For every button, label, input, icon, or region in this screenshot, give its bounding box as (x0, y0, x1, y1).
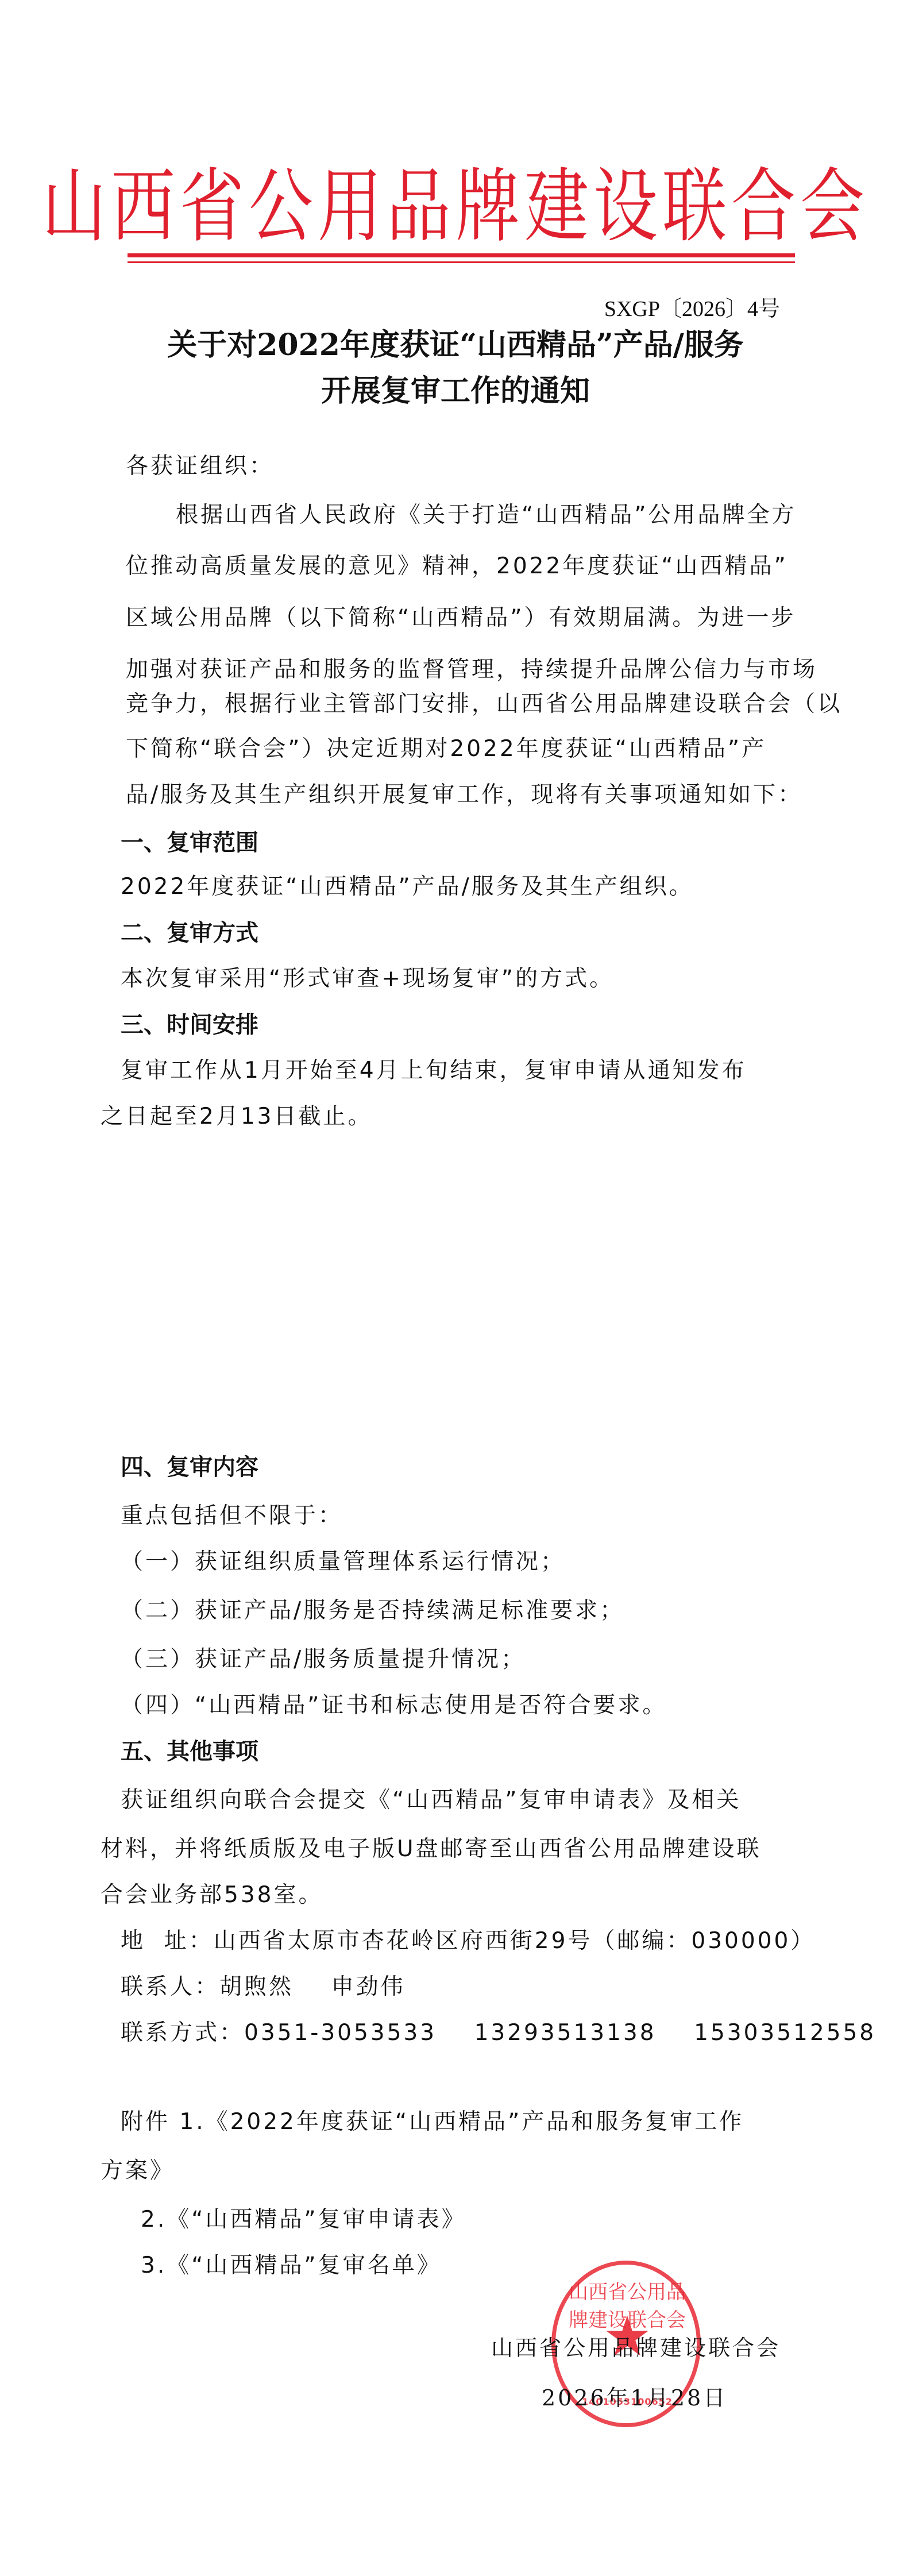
section-line: 获证组织向联合会提交《“山西精品”复审申请表》及相关 (121, 1787, 741, 1814)
attachment-3: 3.《“山西精品”复审名单》 (141, 2252, 442, 2280)
attachment-1-cont: 方案》 (101, 2157, 175, 2185)
persons-value: 胡煦然 申劲伟 (219, 1974, 406, 2000)
section-line: 重点包括但不限于： (121, 1502, 343, 1530)
signature-org: 山西省公用品牌建设联合会 (491, 2334, 781, 2362)
review-item: （四）“山西精品”证书和标志使用是否符合要求。 (121, 1692, 667, 1719)
review-item: （三）获证产品/服务质量提升情况； (121, 1646, 526, 1673)
phones-value: 0351-3053533 13293513138 15303512558 (244, 2020, 876, 2046)
letterhead-title: 山西省公用品牌建设联合会 (0, 164, 911, 250)
phones-label: 联系方式： (121, 2020, 244, 2046)
review-item: （二）获证产品/服务是否持续满足标准要求； (121, 1597, 624, 1625)
section-line: 2022年度获证“山西精品”产品/服务及其生产组织。 (121, 873, 694, 901)
document-title-line-2: 开展复审工作的通知 (0, 371, 911, 411)
intro-line: 竞争力，根据行业主管部门安排，山西省公用品牌建设联合会（以 (126, 691, 842, 718)
section-heading-method: 二、复审方式 (121, 919, 258, 947)
section-line: 材料，并将纸质版及电子版U盘邮寄至山西省公用品牌建设联 (101, 1835, 762, 1863)
review-item: （一）获证组织质量管理体系运行情况； (121, 1548, 565, 1576)
signature-date: 2026年1月28日 (542, 2384, 727, 2412)
section-line: 复审工作从1月开始至4月上旬结束，复审申请从通知发布 (121, 1057, 747, 1085)
section-heading-scope: 一、复审范围 (121, 829, 258, 857)
attachment-1: 附件 1.《2022年度获证“山西精品”产品和服务复审工作 (121, 2108, 744, 2136)
address-value: 山西省太原市杏花岭区府西街29号（邮编：030000） (214, 1928, 816, 1954)
document-number: SXGP〔2026〕4号 (604, 295, 780, 323)
section-line: 之日起至2月13日截止。 (101, 1103, 372, 1131)
section-line: 本次复审采用“形式审查+现场复审”的方式。 (121, 965, 614, 993)
section-heading-schedule: 三、时间安排 (121, 1011, 258, 1039)
contact-address: 地 址：山西省太原市杏花岭区府西街29号（邮编：030000） (121, 1927, 815, 1955)
attachment-2: 2.《“山西精品”复审申请表》 (141, 2206, 466, 2234)
address-label: 地 址： (121, 1928, 214, 1954)
salutation: 各获证组织： (126, 453, 274, 480)
intro-line: 位推动高质量发展的意见》精神，2022年度获证“山西精品” (126, 553, 788, 580)
section-line: 合会业务部538室。 (101, 1881, 323, 1909)
intro-line: 品/服务及其生产组织开展复审工作，现将有关事项通知如下： (126, 781, 802, 809)
contact-phones: 联系方式：0351-3053533 13293513138 1530351255… (121, 2019, 876, 2047)
intro-line: 根据山西省人民政府《关于打造“山西精品”公用品牌全方 (176, 502, 796, 529)
section-heading-content: 四、复审内容 (121, 1453, 258, 1481)
document-title-line-1: 关于对2022年度获证“山西精品”产品/服务 (0, 325, 911, 365)
persons-label: 联系人： (121, 1974, 219, 2000)
contact-persons: 联系人：胡煦然 申劲伟 (121, 1973, 406, 2001)
section-heading-other: 五、其他事项 (121, 1738, 258, 1765)
letterhead-rule-thick (128, 253, 795, 257)
intro-line: 加强对获证产品和服务的监督管理，持续提升品牌公信力与市场 (126, 656, 817, 684)
intro-line: 区域公用品牌（以下简称“山西精品”）有效期届满。为进一步 (126, 604, 796, 632)
intro-line: 下简称“联合会”）决定近期对2022年度获证“山西精品”产 (126, 735, 766, 763)
letterhead-rule-thin (128, 261, 795, 263)
